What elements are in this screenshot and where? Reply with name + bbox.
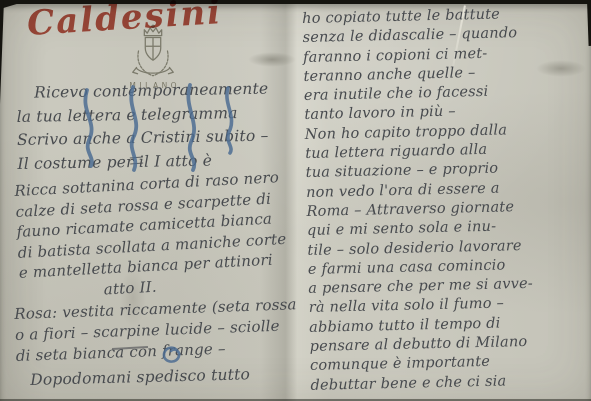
photo-edge <box>0 0 30 9</box>
photo-edge <box>587 0 591 46</box>
left-page-paragraph-3: Rosa: vestita riccamente (seta rossa o a… <box>14 294 298 367</box>
left-page-paragraph-2: Ricca sottanina corta di raso nero calze… <box>14 167 289 304</box>
double-underline-mark <box>130 157 143 165</box>
letter-photo: MILANO Caldesini Ricevo contemporaneamen… <box>0 0 591 401</box>
right-page-paragraph: ho copiato tutte le battute senza le did… <box>302 4 591 396</box>
letter-line: Scrivo anche a Cristini subito – <box>17 125 270 153</box>
